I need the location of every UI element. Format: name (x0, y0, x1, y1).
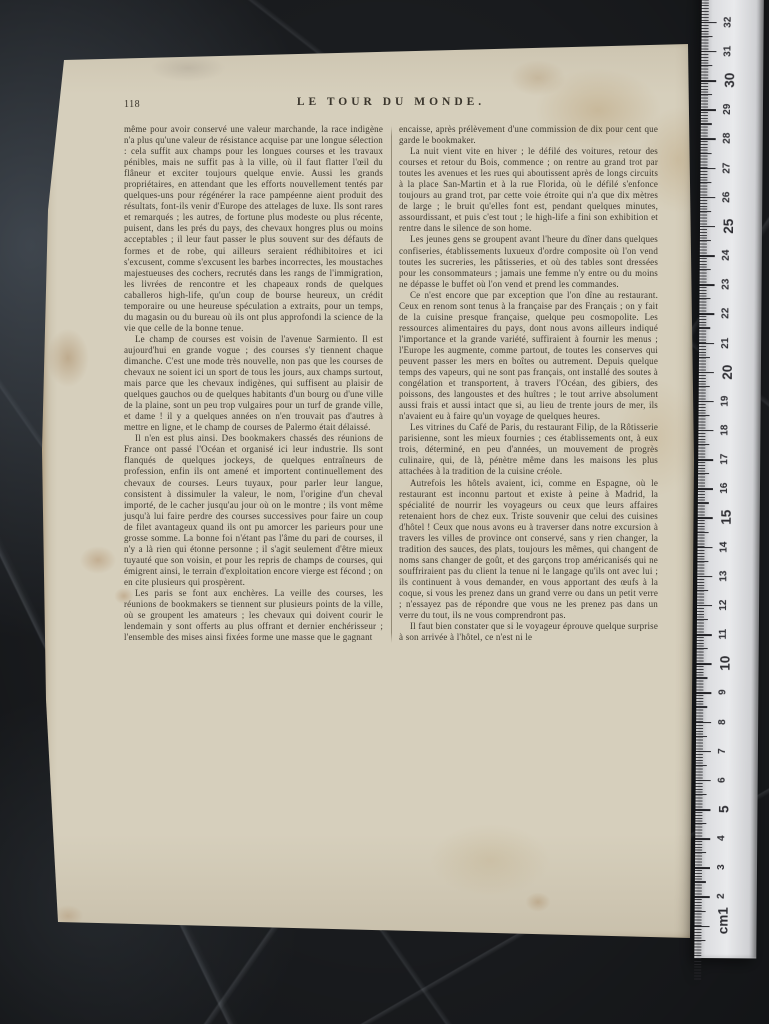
ruler-number: 16 (717, 480, 733, 496)
half-cm-tick (701, 94, 712, 95)
paragraph: Autrefois les hôtels avaient, ici, comme… (399, 478, 658, 622)
cm-tick (697, 663, 712, 665)
page-body: même pour avoir conservé une valeur marc… (124, 124, 658, 643)
paragraph: même pour avoir conservé une valeur marc… (124, 124, 383, 334)
cm-tick (695, 926, 710, 928)
cm-tick (699, 401, 714, 403)
half-cm-tick (698, 444, 709, 445)
cm-tick (695, 896, 710, 898)
ruler-number: 14 (716, 539, 732, 555)
paragraph: Le champ de courses est voisin de l'aven… (124, 334, 383, 433)
paragraph: Ce n'est encore que par exception que l'… (399, 290, 658, 423)
photo-scene: 118 LE TOUR DU MONDE. même pour avoir co… (0, 0, 769, 1024)
half-cm-tick (700, 182, 711, 183)
ruler-number: 11 (716, 626, 732, 642)
mm-ticks (702, 0, 709, 22)
half-cm-tick (696, 736, 707, 737)
cm-tick (698, 430, 713, 432)
cm-tick (698, 547, 713, 549)
cm-tick (696, 751, 711, 753)
paragraph: encaisse, après prélèvement d'une commis… (399, 124, 658, 146)
half-cm-tick (698, 473, 709, 474)
half-cm-tick (699, 357, 710, 358)
half-cm-tick (699, 415, 710, 416)
half-cm-tick (701, 65, 712, 66)
half-cm-tick (701, 123, 712, 124)
half-cm-tick (698, 502, 709, 503)
ruler-number: 8 (715, 714, 731, 730)
ruler-number: 3 (714, 859, 730, 875)
ruler-cm-cell: cm1 (694, 926, 756, 956)
cm-tick (698, 517, 713, 519)
paragraph: Les vitrines du Café de Paris, du restau… (399, 422, 658, 477)
ruler-number: 17 (717, 451, 733, 467)
cm-tick (700, 255, 715, 257)
paragraph: Les jeunes gens se groupent avant l'heur… (399, 234, 658, 289)
cm-tick (701, 51, 716, 53)
cm-tick (697, 576, 712, 578)
ruler-number: 29 (720, 101, 736, 117)
ruler-number: 12 (716, 597, 732, 613)
cm-tick (700, 168, 715, 170)
half-cm-tick (697, 619, 708, 620)
half-cm-tick (694, 940, 705, 941)
ruler-number: 23 (719, 276, 735, 292)
ruler-number: 15 (719, 510, 735, 526)
ruler-number: 24 (719, 247, 735, 263)
ruler-number: 32 (721, 14, 737, 30)
cm-tick (696, 780, 711, 782)
cm-tick (699, 343, 714, 345)
half-cm-tick (696, 794, 707, 795)
paragraph: Il faut bien constater que si le voyageu… (399, 621, 658, 643)
page-header-title: LE TOUR DU MONDE. (124, 96, 658, 108)
left-column: même pour avoir conservé une valeur marc… (124, 124, 383, 643)
cm-tick (699, 313, 714, 315)
ruler: 3231302928272625242322212019181716151413… (694, 0, 764, 958)
cm-tick (696, 722, 711, 724)
ruler-number: 19 (718, 393, 734, 409)
ruler-trail-ticks (694, 955, 756, 981)
half-cm-tick (697, 561, 708, 562)
cm-tick (701, 138, 716, 140)
half-cm-tick (696, 706, 707, 707)
ruler-number: 6 (715, 772, 731, 788)
half-cm-tick (700, 240, 711, 241)
cm-tick (698, 459, 713, 461)
cm-tick (702, 22, 717, 24)
cm-tick (698, 488, 713, 490)
ruler-number: 9 (715, 685, 731, 701)
ruler-number: 27 (719, 160, 735, 176)
ruler-number: 18 (717, 422, 733, 438)
column-divider (391, 126, 392, 643)
paragraph: Il n'en est plus ainsi. Des bookmakers c… (124, 433, 383, 588)
half-cm-tick (696, 765, 707, 766)
cm-tick (696, 692, 711, 694)
ruler-number: 10 (718, 655, 734, 671)
ruler-number: 31 (720, 43, 736, 59)
half-cm-tick (695, 852, 706, 853)
book-page: 118 LE TOUR DU MONDE. même pour avoir co… (38, 40, 694, 942)
half-cm-tick (699, 327, 710, 328)
cm-tick (697, 605, 712, 607)
cm-tick (700, 197, 715, 199)
ruler-number: 30 (722, 72, 738, 88)
half-cm-tick (695, 881, 706, 882)
half-cm-tick (699, 386, 710, 387)
cm-tick (700, 226, 715, 228)
ruler-number: 21 (718, 335, 734, 351)
ruler-number: 20 (720, 364, 736, 380)
half-cm-tick (699, 298, 710, 299)
ruler-number: 22 (718, 305, 734, 321)
half-cm-tick (696, 677, 707, 678)
ruler-number: 26 (719, 189, 735, 205)
ruler-number: 2 (714, 889, 730, 905)
ruler-number: 5 (716, 801, 732, 817)
cm-tick (699, 372, 714, 374)
paragraph: La nuit vient vite en hiver ; le défilé … (399, 146, 658, 234)
ruler-number: 4 (714, 830, 730, 846)
cm-tick (700, 284, 715, 286)
half-cm-tick (698, 532, 709, 533)
ruler-number: 7 (715, 743, 731, 759)
cm-tick (695, 838, 710, 840)
mm-ticks (694, 955, 701, 981)
ruler-number: 13 (716, 568, 732, 584)
cm-tick (695, 867, 710, 869)
cm-tick (701, 109, 716, 111)
half-cm-tick (697, 648, 708, 649)
ruler-scale: 3231302928272625242322212019181716151413… (694, 22, 763, 955)
half-cm-tick (700, 269, 711, 270)
ruler-number: cm1 (715, 918, 731, 934)
ruler-number: 25 (721, 218, 737, 234)
page-header: 118 LE TOUR DU MONDE. (124, 96, 658, 114)
cm-tick (695, 809, 710, 811)
cm-tick (697, 634, 712, 636)
half-cm-tick (702, 36, 713, 37)
half-cm-tick (701, 153, 712, 154)
ruler-number: 28 (720, 131, 736, 147)
cm-tick (701, 80, 716, 82)
half-cm-tick (697, 590, 708, 591)
half-cm-tick (695, 911, 706, 912)
paragraph: Les paris se font aux enchères. La veill… (124, 588, 383, 643)
right-column: encaisse, après prélèvement d'une commis… (399, 124, 658, 643)
half-cm-tick (700, 211, 711, 212)
half-cm-tick (695, 823, 706, 824)
